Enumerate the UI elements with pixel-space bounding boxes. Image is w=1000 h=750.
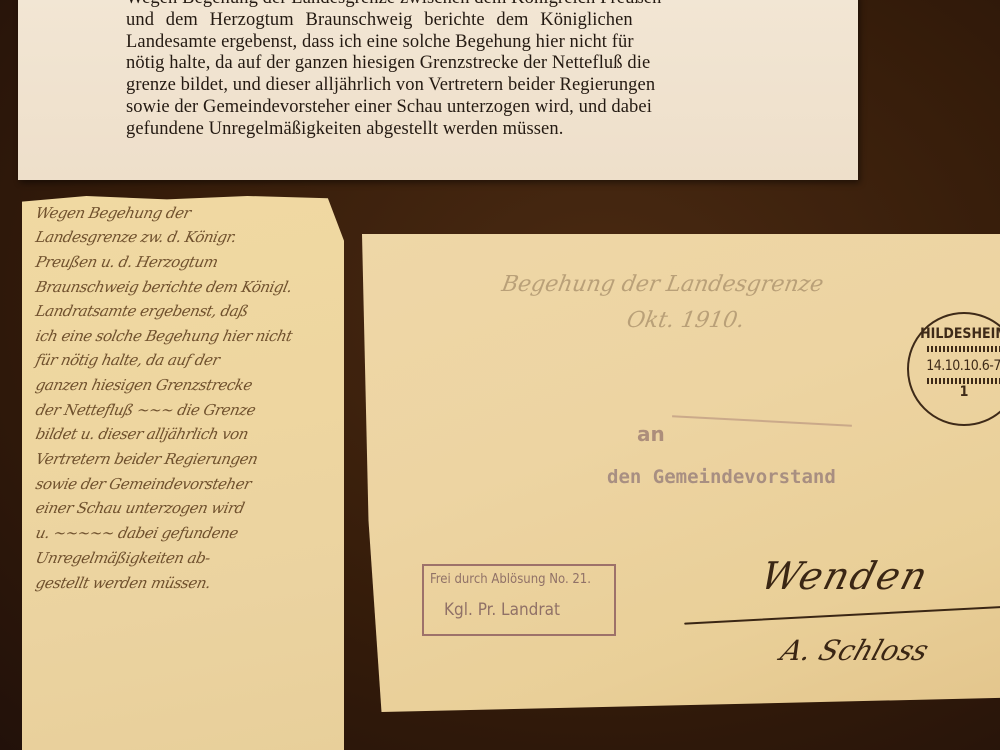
letter-line: Unregelmäßigkeiten ab- [34,549,212,567]
postmark-city: HILDESHEIM [909,326,1000,342]
letter-line: Wegen Begehung der [34,204,192,222]
postmark-date: 14.10.10.6-7N [913,358,1000,374]
transcription-line: Wegen Begehung der Landesgrenze zwischen… [126,0,766,10]
address-locality: A. Schloss [777,634,933,667]
letter-line: Landratsamte ergebenst, daß [34,302,250,320]
letter-line: gestellt werden müssen. [34,574,212,592]
recipient-stamp-an: an [637,422,665,446]
franking-line-2: Kgl. Pr. Landrat [444,600,560,620]
letter-line: für nötig halte, da auf der [34,351,221,369]
letter-line: ganzen hiesigen Grenzstrecke [34,376,254,394]
letter-line: Braunschweig berichte dem Königl. [34,278,294,296]
transcription-line: nötig halte, da auf der ganzen hiesigen … [126,53,766,75]
letter-line: der Nettefluß ~~~ die Grenze [34,401,257,419]
postmark-stamp: HILDESHEIM 14.10.10.6-7N 1 [907,312,1000,426]
recipient-stamp: den Gemeindevorstand [607,466,836,488]
envelope: Begehung der Landesgrenze Okt. 1910. HIL… [362,234,1000,712]
pencil-note-date: Okt. 1910. [625,308,747,333]
letter-line: einer Schau unterzogen wird [34,499,246,517]
transcription-line: und dem Herzogtum Braunschweig berichte … [126,10,766,32]
postmark-number: 1 [909,384,1000,400]
letter-line: Landesgrenze zw. d. Königr. [34,228,238,246]
transcription-line: Landesamte ergebenst, dass ich eine solc… [126,32,766,54]
letter-line: sowie der Gemeindevorsteher [34,475,253,493]
postmark-bar [927,346,1000,352]
printed-transcription-card: Wegen Begehung der Landesgrenze zwischen… [18,0,858,180]
address-underline [684,605,1000,624]
franking-line-1: Frei durch Ablösung No. 21. [430,572,591,587]
stamp-stroke [672,415,852,426]
letter-line: Vertretern beider Regierungen [34,450,259,468]
transcription-text: Wegen Begehung der Landesgrenze zwischen… [126,0,766,141]
transcription-line: sowie der Gemeindevorsteher einer Schau … [126,97,766,119]
transcription-line: grenze bildet, und dieser alljährlich vo… [126,75,766,97]
letter-line: ich eine solche Begehung hier nicht [34,327,294,345]
letter-line: Preußen u. d. Herzogtum [34,253,219,271]
handwritten-letter: Wegen Begehung der Landesgrenze zw. d. K… [22,196,344,750]
franking-stamp: Frei durch Ablösung No. 21. Kgl. Pr. Lan… [422,564,616,636]
pencil-note-subject: Begehung der Landesgrenze [500,272,826,297]
letter-line: bildet u. dieser alljährlich von [34,425,250,443]
transcription-line: gefundene Unregelmäßigkeiten abgestellt … [126,119,766,141]
address-town: Wenden [756,554,934,598]
letter-line: u. ~~~~~ dabei gefundene [34,524,240,542]
